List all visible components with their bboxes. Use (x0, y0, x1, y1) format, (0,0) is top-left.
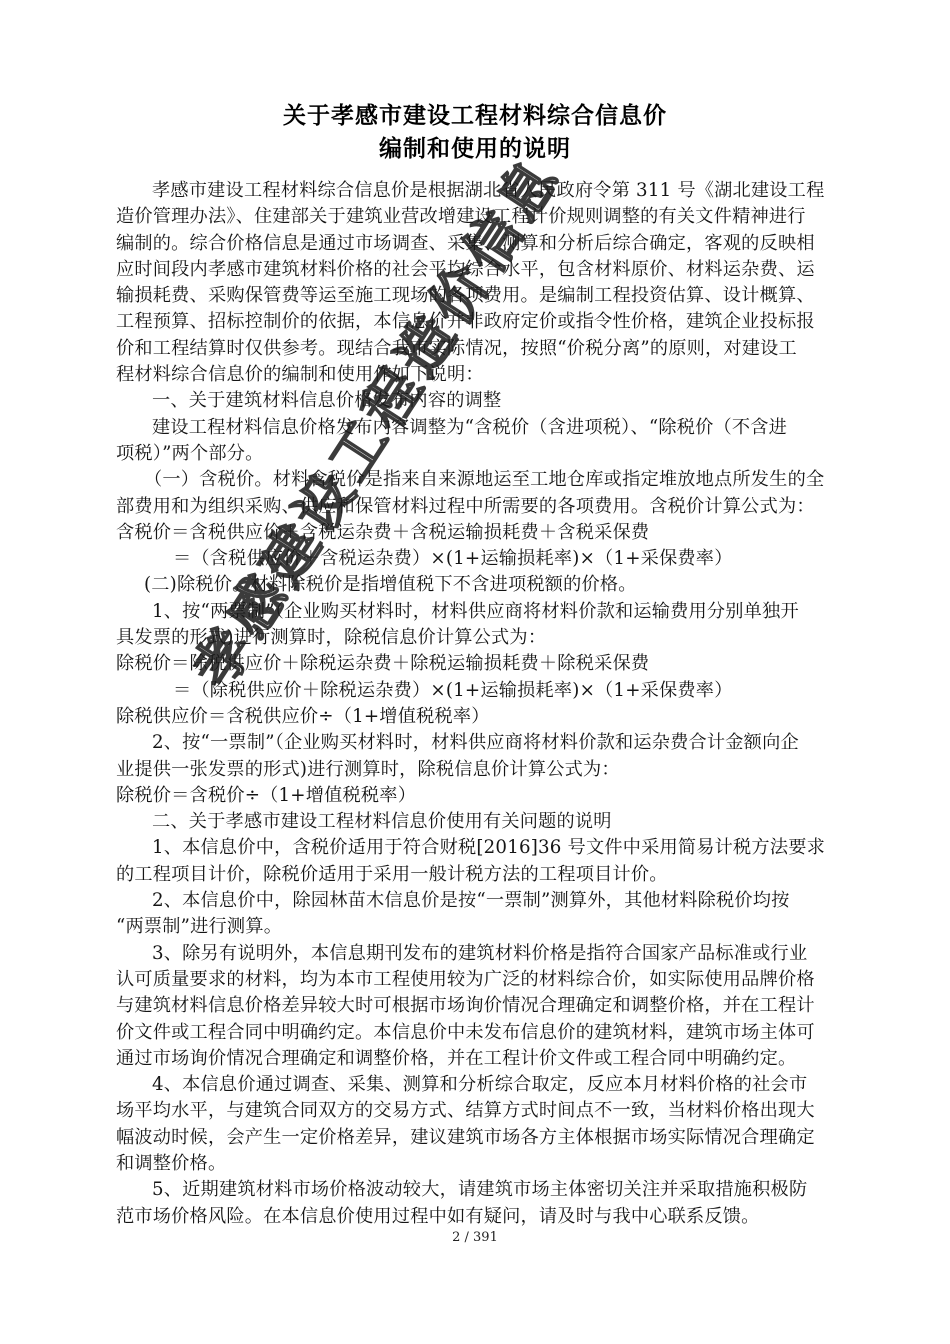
document-subtitle: 编制和使用的说明 (0, 130, 950, 163)
paragraph-line: 输损耗费、采购保管费等运至施工现场的各项费用。是编制工程投资估算、设计概算、 (116, 283, 841, 309)
paragraph-line: 5、近期建筑材料市场价格波动较大，请建筑市场主体密切关注并采取措施积极防 (116, 1177, 841, 1203)
paragraph-line: 范市场价格风险。在本信息价使用过程中如有疑问，请及时与我中心联系反馈。 (116, 1204, 841, 1230)
paragraph-line: 场平均水平，与建筑合同双方的交易方式、结算方式时间点不一致，当材料价格出现大 (116, 1098, 841, 1124)
paragraph-line: 业提供一张发票的形式)进行测算时，除税信息价计算公式为： (116, 757, 841, 783)
paragraph-line: 造价管理办法》、住建部关于建筑业营改增建设工程计价规则调整的有关文件精神进行 (116, 204, 841, 230)
paragraph-line: 编制的。综合价格信息是通过市场调查、采集、测算和分析后综合确定，客观的反映相 (116, 231, 841, 257)
paragraph-line: 和调整价格。 (116, 1151, 841, 1177)
paragraph-line: 建设工程材料信息价格发布内容调整为“含税价（含进项税）、“除税价（不含进 (116, 415, 841, 441)
paragraph-line: 具发票的形式)进行测算时，除税信息价计算公式为： (116, 625, 841, 651)
paragraph-line: 通过市场询价情况合理确定和调整价格，并在工程计价文件或工程合同中明确约定。 (116, 1046, 841, 1072)
paragraph-line: 部费用和为组织采购、供应和保管材料过程中所需要的各项费用。含税价计算公式为： (116, 494, 841, 520)
paragraph-line: 与建筑材料信息价格差异较大时可根据市场询价情况合理确定和调整价格，并在工程计 (116, 993, 841, 1019)
paragraph-line: 项税）”两个部分。 (116, 441, 841, 467)
formula-line: ＝（除税供应价＋除税运杂费）×(1+运输损耗率)×（1+采保费率） (116, 678, 841, 704)
formula-line: 除税价＝含税价÷（1+增值税税率） (116, 783, 841, 809)
paragraph-line: 1、本信息价中，含税价适用于符合财税[2016]36 号文件中采用简易计税方法要… (116, 835, 841, 861)
paragraph-line: 工程预算、招标控制价的依据，本信息价并非政府定价或指令性价格，建筑企业投标报 (116, 309, 841, 335)
section-heading: 一、关于建筑材料信息价格发布内容的调整 (116, 388, 841, 414)
page-indicator: 2 / 391 (0, 1230, 950, 1245)
paragraph-line: 4、本信息价通过调查、采集、测算和分析综合取定，反应本月材料价格的社会市 (116, 1072, 841, 1098)
formula-line: 含税价＝含税供应价＋含税运杂费＋含税运输损耗费＋含税采保费 (116, 520, 841, 546)
formula-line: 除税价＝除税供应价＋除税运杂费＋除税运输损耗费＋除税采保费 (116, 651, 841, 677)
paragraph-line: 2、本信息价中，除园林苗木信息价是按“一票制”测算外，其他材料除税价均按 (116, 888, 841, 914)
paragraph-line: 应时间段内孝感市建筑材料价格的社会平均综合水平，包含材料原价、材料运杂费、运 (116, 257, 841, 283)
subsection-line: （一）含税价。材料含税价是指来自来源地运至工地仓库或指定堆放地点所发生的全 (116, 467, 841, 493)
paragraph-line: 孝感市建设工程材料综合信息价是根据湖北省人民政府令第 311 号《湖北建设工程 (116, 178, 841, 204)
formula-line: ＝（含税供应价＋含税运杂费）×(1+运输损耗率)×（1+采保费率） (116, 546, 841, 572)
paragraph-line: 价和工程结算时仅供参考。现结合我市实际情况，按照“价税分离”的原则，对建设工 (116, 336, 841, 362)
paragraph-line: “两票制”进行测算。 (116, 914, 841, 940)
paragraph-line: 幅波动时候，会产生一定价格差异，建议建筑市场各方主体根据市场实际情况合理确定 (116, 1125, 841, 1151)
section-heading: 二、关于孝感市建设工程材料信息价使用有关问题的说明 (116, 809, 841, 835)
subsection-line: (二)除税价。材料除税价是指增值税下不含进项税额的价格。 (116, 572, 841, 598)
paragraph-line: 的工程项目计价，除税价适用于采用一般计税方法的工程项目计价。 (116, 862, 841, 888)
document-page: 关于孝感市建设工程材料综合信息价 编制和使用的说明 孝感市建设工程材料综合信息价… (0, 0, 950, 1344)
paragraph-line: 认可质量要求的材料，均为本市工程使用较为广泛的材料综合价，如实际使用品牌价格 (116, 967, 841, 993)
paragraph-line: 价文件或工程合同中明确约定。本信息价中未发布信息价的建筑材料，建筑市场主体可 (116, 1020, 841, 1046)
paragraph-line: 2、按“一票制”（企业购买材料时，材料供应商将材料价款和运杂费合计金额向企 (116, 730, 841, 756)
formula-line: 除税供应价＝含税供应价÷（1+增值税税率） (116, 704, 841, 730)
paragraph-line: 1、按“两票制”（企业购买材料时，材料供应商将材料价款和运输费用分别单独开 (116, 599, 841, 625)
paragraph-line: 程材料综合信息价的编制和使用作如下说明： (116, 362, 841, 388)
document-title: 关于孝感市建设工程材料综合信息价 (0, 97, 950, 130)
document-body: 孝感市建设工程材料综合信息价是根据湖北省人民政府令第 311 号《湖北建设工程 … (116, 178, 841, 1230)
paragraph-line: 3、除另有说明外，本信息期刊发布的建筑材料价格是指符合国家产品标准或行业 (116, 941, 841, 967)
